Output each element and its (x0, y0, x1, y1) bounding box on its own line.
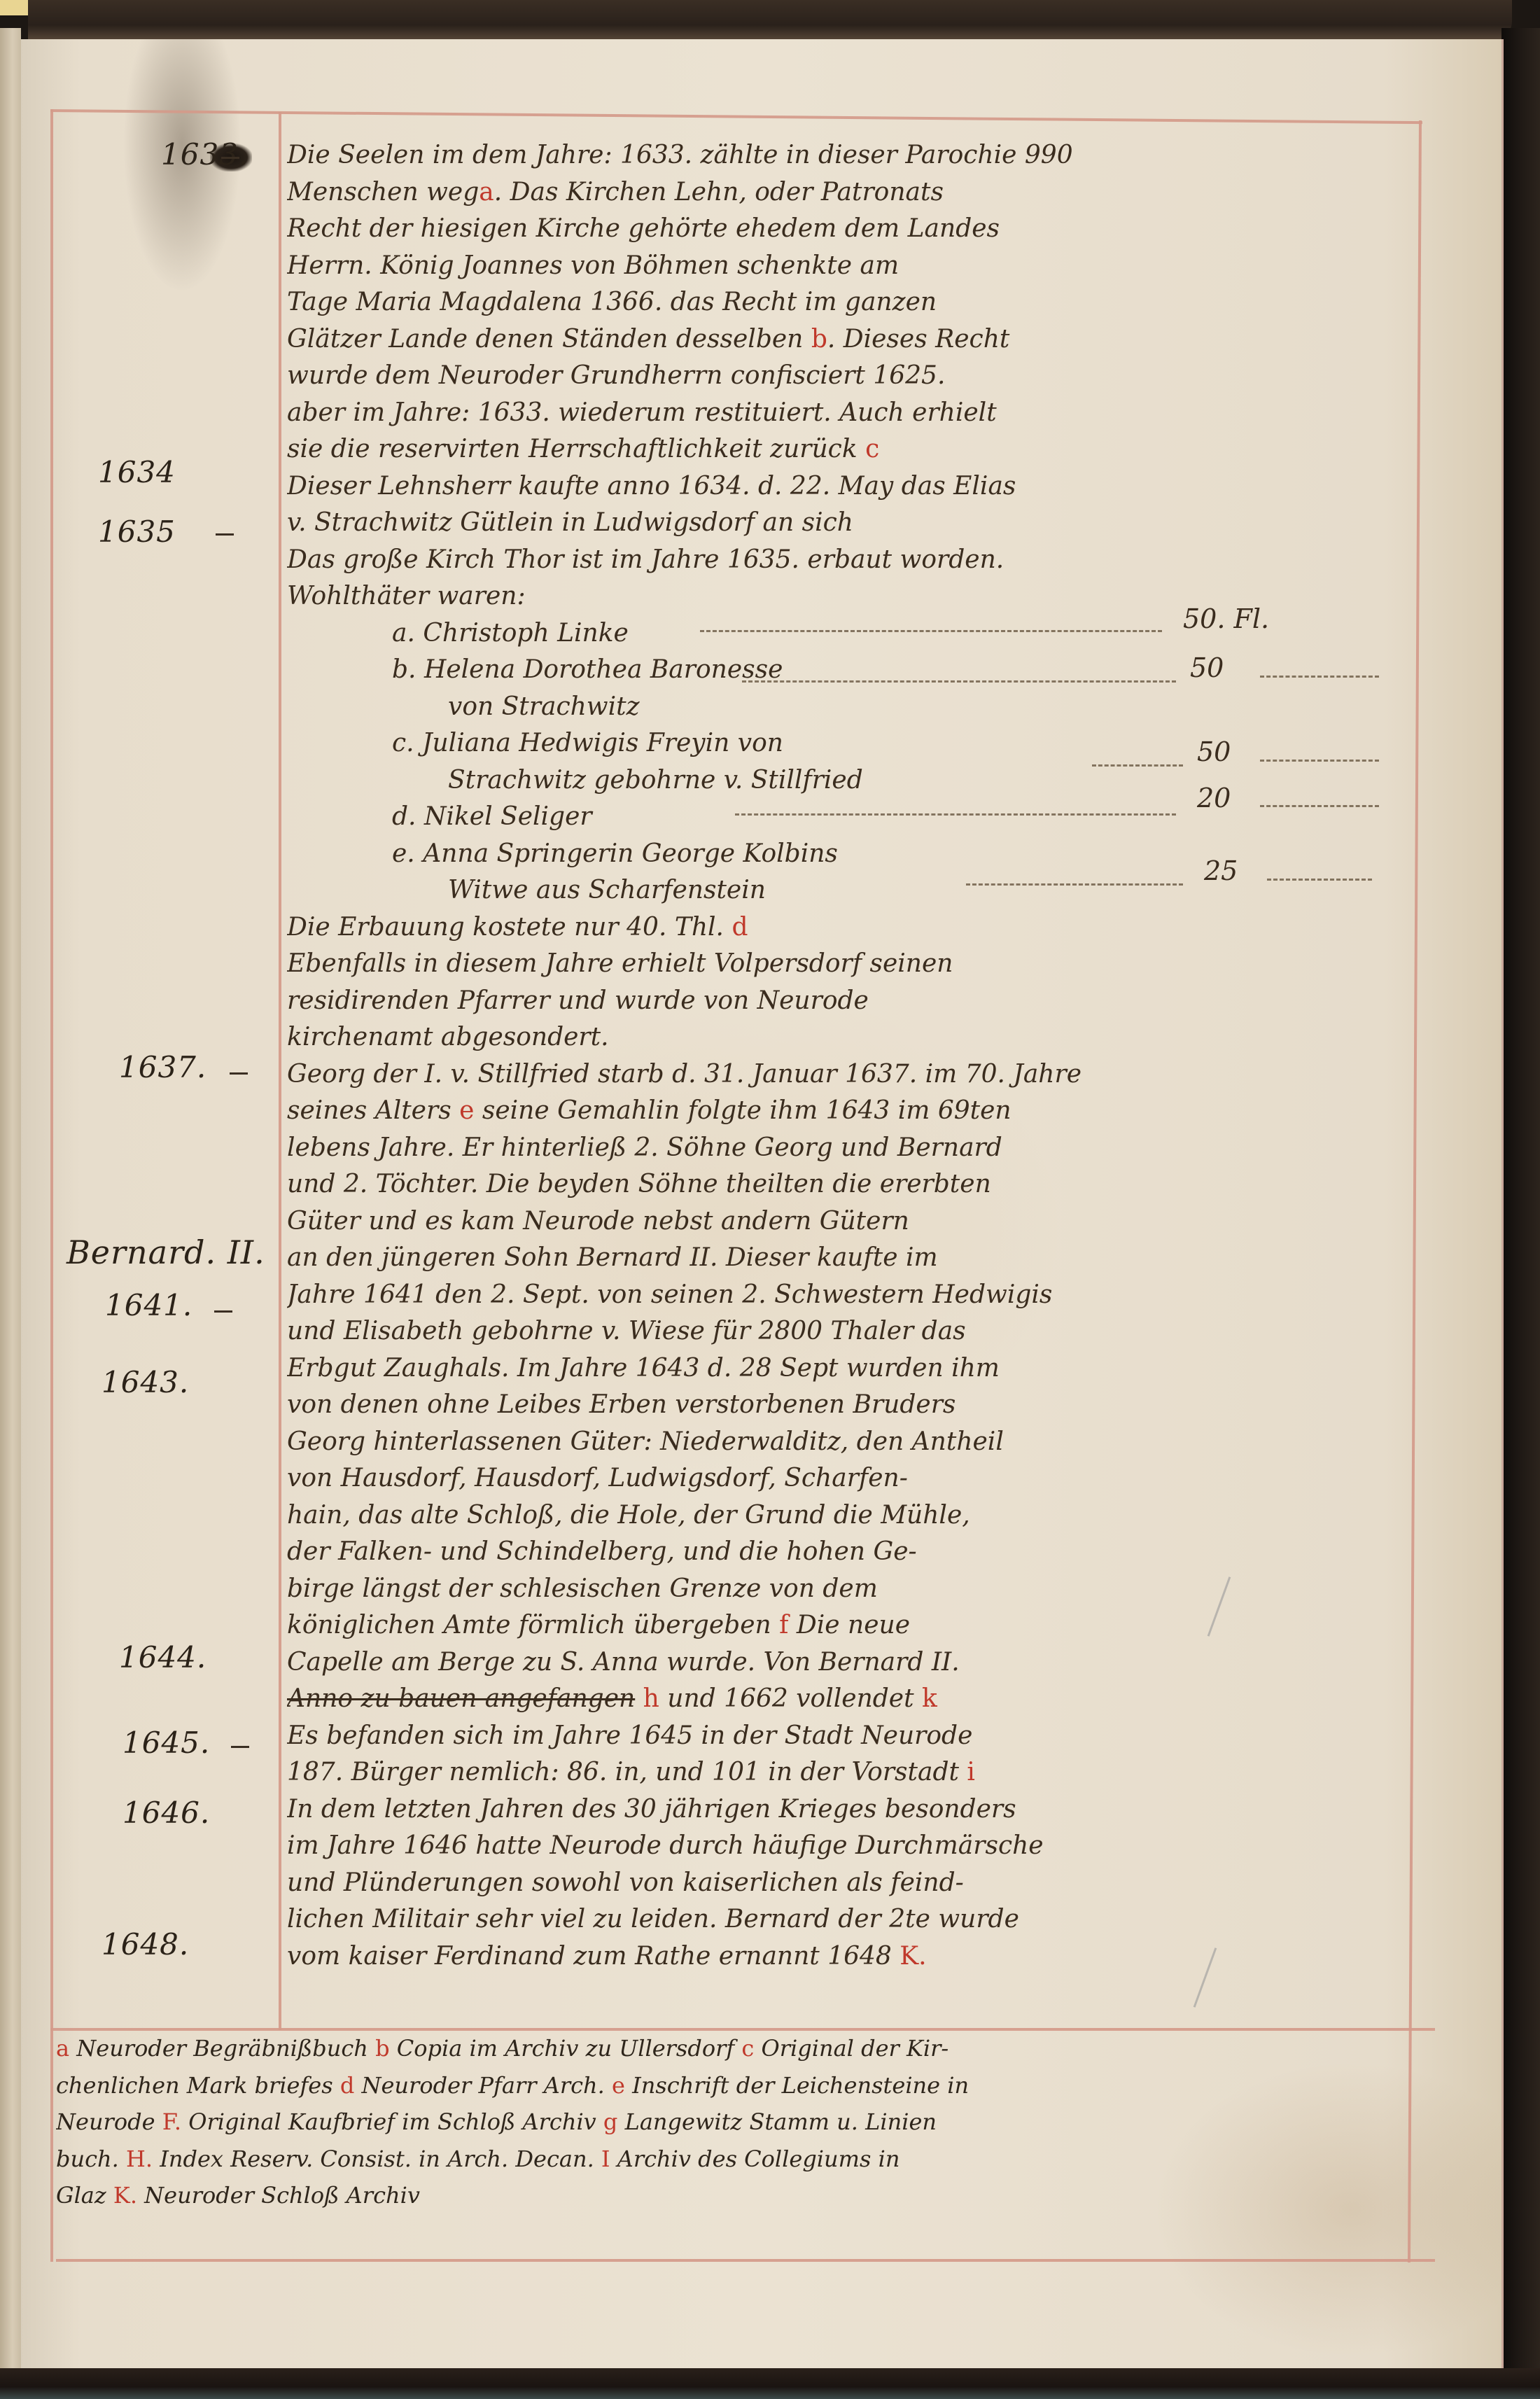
leader-dashes (742, 680, 1176, 683)
footnote-marker: K. (899, 1942, 926, 1971)
text-line: der Falken- und Schindelberg, und die ho… (287, 1534, 1407, 1571)
donor-entry-continued: Witwe aus Scharfenstein (287, 872, 1407, 909)
margin-year: 1648. (101, 1927, 189, 1961)
text-line: im Jahre 1646 hatte Neurode durch häufig… (287, 1828, 1407, 1865)
text-line: Tage Maria Magdalena 1366. das Recht im … (287, 284, 1407, 321)
text-line: Das große Kirch Thor ist im Jahre 1635. … (287, 542, 1407, 579)
footnote-marker: b (811, 325, 827, 354)
text-line: Menschen wega. Das Kirchen Lehn, oder Pa… (287, 174, 1407, 211)
footnote-marker: f (779, 1611, 788, 1639)
footnote-marker: d (731, 913, 748, 942)
text-line: birge längst der schlesischen Grenze von… (287, 1571, 1407, 1608)
donor-entry-continued: Strachwitz gebohrne v. Stillfried (287, 762, 1407, 799)
footnote-line: a Neuroder Begräbnißbuch b Copia im Arch… (56, 2034, 1421, 2071)
footnote-marker: a (479, 178, 493, 207)
footnote-line: Neurode F. Original Kaufbrief im Schloß … (56, 2107, 1421, 2144)
margin-year: 1645. (122, 1726, 210, 1760)
margin-year: 1644. (119, 1640, 206, 1674)
donor-entry: c. Juliana Hedwigis Freyin von (287, 725, 1407, 762)
text-line: lichen Militair sehr viel zu leiden. Ber… (287, 1901, 1407, 1938)
footnote-line: buch. H. Index Reserv. Consist. in Arch.… (56, 2144, 1421, 2181)
footnote-marker: c (865, 435, 879, 463)
text-line: aber im Jahre: 1633. wiederum restituier… (287, 395, 1407, 432)
text-line: wurde dem Neuroder Grundherrn confiscier… (287, 358, 1407, 395)
footnote-marker: i (967, 1758, 975, 1786)
text-line: Glätzer Lande denen Ständen desselben b.… (287, 321, 1407, 358)
leader-dashes (1267, 879, 1372, 881)
leader-dashes (735, 813, 1176, 816)
text-line: königlichen Amte förmlich übergeben f Di… (287, 1607, 1407, 1644)
footnote-marker: k (922, 1684, 937, 1713)
margin-year: 1635 (98, 515, 176, 549)
donor-amount: 20 (1197, 783, 1231, 813)
donor-amount: 50. Fl. (1183, 603, 1269, 634)
text-line: residirenden Pfarrer und wurde von Neuro… (287, 983, 1407, 1020)
leader-dashes (966, 883, 1183, 886)
text-line: 187. Bürger nemlich: 86. in, und 101 in … (287, 1754, 1407, 1791)
donor-amount: 25 (1204, 855, 1238, 886)
book-binding-top (28, 0, 1512, 42)
text-line: Anno zu bauen angefangen h und 1662 voll… (287, 1681, 1407, 1718)
footnote-line: chenlichen Mark briefes d Neuroder Pfarr… (56, 2071, 1421, 2108)
text-line: hain, das alte Schloß, die Hole, der Gru… (287, 1497, 1407, 1534)
footnotes-section: a Neuroder Begräbnißbuch b Copia im Arch… (56, 2034, 1421, 2218)
struck-word: Anno zu bauen angefangen (287, 1684, 635, 1713)
margin-name: Bernard. II. (66, 1233, 265, 1271)
footnote-line: Glaz K. Neuroder Schloß Archiv (56, 2181, 1421, 2218)
margin-dash (216, 533, 234, 536)
donor-entry: d. Nikel Seliger (287, 799, 1407, 836)
leader-dashes (1260, 805, 1379, 807)
donor-amount: 50 (1190, 652, 1224, 683)
text-line: Jahre 1641 den 2. Sept. von seinen 2. Sc… (287, 1277, 1407, 1314)
text-line: Capelle am Berge zu S. Anna wurde. Von B… (287, 1644, 1407, 1681)
text-line: Georg hinterlassenen Güter: Niederwaldit… (287, 1424, 1407, 1461)
donor-amount: 50 (1197, 736, 1231, 767)
text-line: sie die reservirten Herrschaftlichkeit z… (287, 431, 1407, 468)
margin-year: 1643. (101, 1365, 189, 1399)
text-line: und 2. Töchter. Die beyden Söhne theilte… (287, 1166, 1407, 1203)
margin-dash (214, 1310, 232, 1313)
footnote-marker: e (459, 1096, 474, 1125)
text-line: Es befanden sich im Jahre 1645 in der St… (287, 1718, 1407, 1755)
margin-year: 1641. (105, 1288, 192, 1322)
text-line: Georg der I. v. Stillfried starb d. 31. … (287, 1056, 1407, 1093)
text-line: von denen ohne Leibes Erben verstorbenen… (287, 1387, 1407, 1424)
text-line: Die Erbauung kostete nur 40. Thl. d (287, 909, 1407, 946)
text-line: Die Seelen im dem Jahre: 1633. zählte in… (287, 137, 1407, 174)
text-line: und Elisabeth gebohrne v. Wiese für 2800… (287, 1313, 1407, 1350)
donor-entry: e. Anna Springerin George Kolbins (287, 836, 1407, 873)
text-line: an den jüngeren Sohn Bernard II. Dieser … (287, 1240, 1407, 1277)
margin-year: 1634 (98, 455, 176, 489)
text-line: Recht der hiesigen Kirche gehörte ehedem… (287, 211, 1407, 248)
text-line: seines Alters e seine Gemahlin folgte ih… (287, 1093, 1407, 1130)
margin-year: 1646. (122, 1796, 210, 1830)
column-divider-rule (279, 112, 281, 2030)
margin-dash (221, 157, 239, 159)
text-line: lebens Jahre. Er hinterließ 2. Söhne Geo… (287, 1130, 1407, 1167)
text-line: v. Strachwitz Gütlein in Ludwigsdorf an … (287, 505, 1407, 542)
text-line: von Hausdorf, Hausdorf, Ludwigsdorf, Sch… (287, 1460, 1407, 1497)
margin-year: 1633. (161, 137, 248, 172)
text-line: Ebenfalls in diesem Jahre erhielt Volper… (287, 946, 1407, 983)
donor-entry-continued: von Strachwitz (287, 689, 1407, 726)
text-line: Dieser Lehnsherr kaufte anno 1634. d. 22… (287, 468, 1407, 505)
book-binding-bottom (0, 2368, 1540, 2399)
margin-year: 1637. (119, 1050, 206, 1084)
margin-dash (230, 1072, 248, 1075)
book-binding-right (1501, 28, 1540, 2399)
text-line: vom kaiser Ferdinand zum Rathe ernannt 1… (287, 1938, 1407, 1975)
text-line: Güter und es kam Neurode nebst andern Gü… (287, 1203, 1407, 1240)
text-line: Herrn. König Joannes von Böhmen schenkte… (287, 248, 1407, 285)
donor-entry: b. Helena Dorothea Baronesse (287, 652, 1407, 689)
chronicle-body: Die Seelen im dem Jahre: 1633. zählte in… (287, 137, 1407, 1975)
leader-dashes (1260, 760, 1379, 762)
leader-dashes (1092, 764, 1183, 767)
previous-page-edge (0, 28, 21, 2373)
leader-dashes (1260, 676, 1379, 678)
margin-dash (231, 1746, 249, 1748)
text-line: Erbgut Zaughals. Im Jahre 1643 d. 28 Sep… (287, 1350, 1407, 1387)
text-line: In dem letzten Jahren des 30 jährigen Kr… (287, 1791, 1407, 1828)
leader-dashes (700, 630, 1162, 632)
footnote-bottom-rule (56, 2259, 1435, 2262)
footnote-top-rule (50, 2028, 1435, 2031)
text-line: und Plünderungen sowohl von kaiserlichen… (287, 1865, 1407, 1902)
left-margin-rule (50, 109, 53, 2262)
text-line: kirchenamt abgesondert. (287, 1019, 1407, 1056)
footnote-marker: h (643, 1684, 659, 1713)
